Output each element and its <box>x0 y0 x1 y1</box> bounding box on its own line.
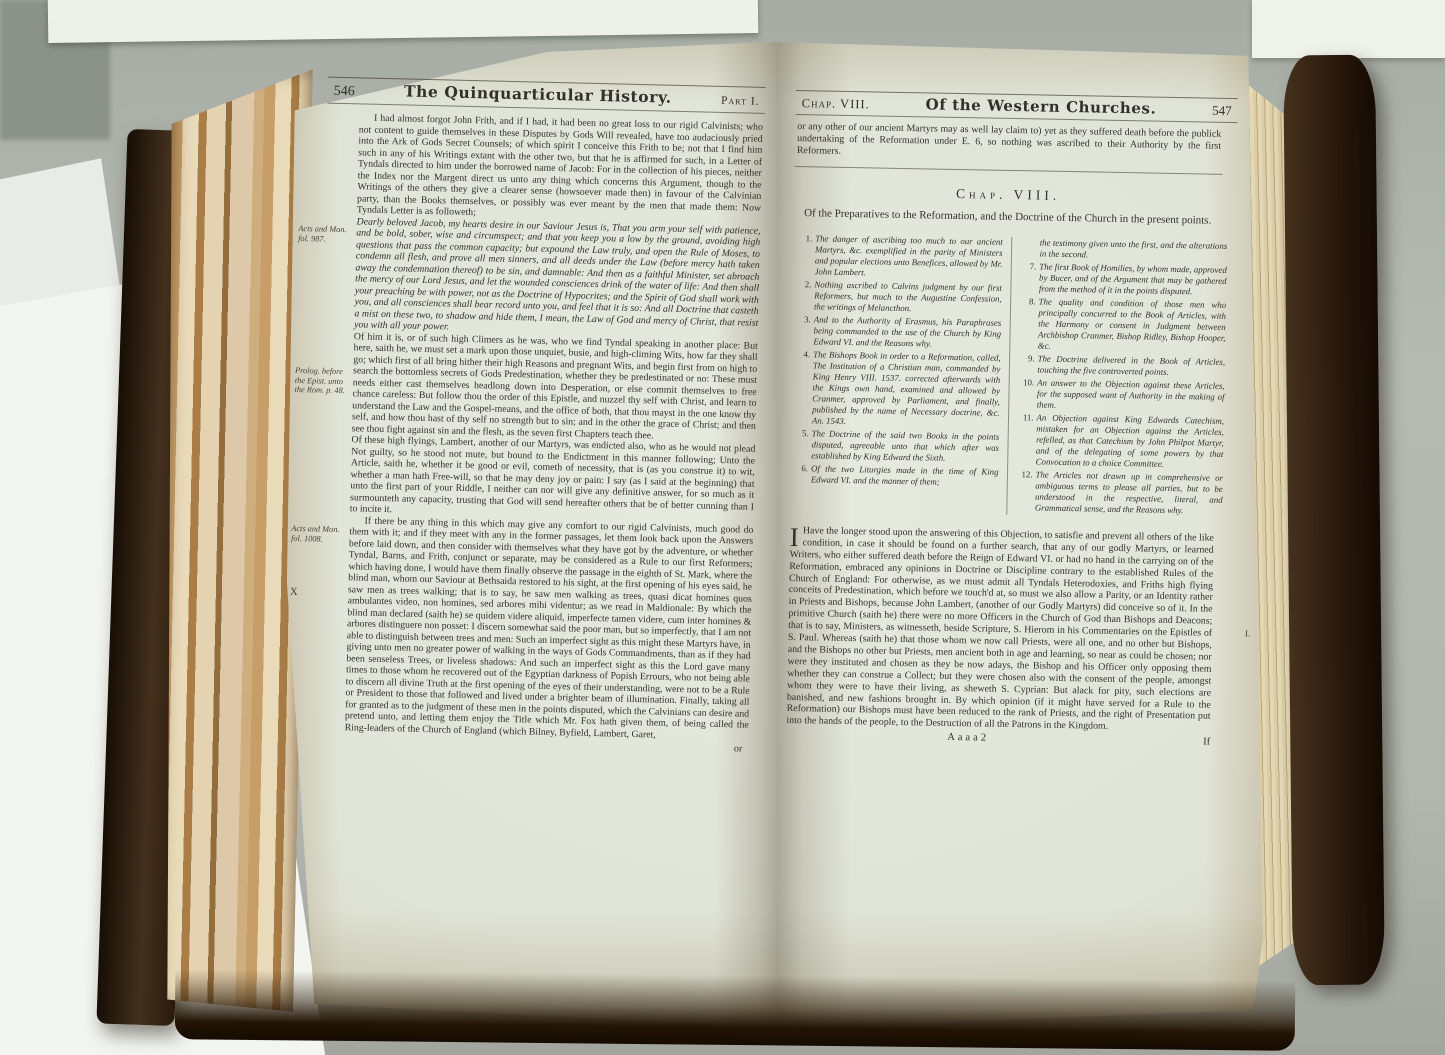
contents-column-right: the testimony given unto the first, and … <box>1006 237 1228 519</box>
paragraph-quoted-letter: Dearly beloved Jacob, my hearts desire i… <box>354 216 761 340</box>
contents-item: 9.The Doctrine delivered in the Book of … <box>1017 353 1225 379</box>
section-rule <box>795 166 1223 175</box>
margin-note: I. <box>1245 628 1250 638</box>
margin-note: Prolog. before the Epist. unto the Rom. … <box>294 366 351 396</box>
contents-item: 8.The quality and condition of those men… <box>1018 296 1226 355</box>
margin-mark: X <box>290 588 346 599</box>
backdrop-white-slat <box>48 0 759 43</box>
chapter-heading: Chap. VIII. <box>794 183 1222 207</box>
right-running-title: Of the Western Churches. <box>925 95 1156 117</box>
contents-item: 11.An Objection against King Edwards Cat… <box>1016 412 1224 471</box>
chapter-contents: 1.The danger of ascribing too much to ou… <box>790 233 1227 519</box>
right-page: Chap. VIII. Of the Western Churches. 547… <box>779 90 1248 1028</box>
left-page-number: 546 <box>333 84 354 100</box>
chapter-subtitle: Of the Preparatives to the Reformation, … <box>804 208 1212 229</box>
contents-item: 2.Nothing ascribed to Calvins judgment b… <box>794 279 1002 316</box>
contents-item-continuation: the testimony given unto the first, and … <box>1019 237 1227 263</box>
margin-note: Acts and Mon. fol. 1008. <box>291 524 347 545</box>
book-photo: 546 The Quinquarticular History. Part I.… <box>0 0 1445 1055</box>
contents-item: 1.The danger of ascribing too much to ou… <box>795 233 1003 281</box>
intro-paragraph: or any other of our ancient Martyrs may … <box>797 121 1222 164</box>
left-running-title: The Quinquarticular History. <box>404 81 672 106</box>
drop-cap: I <box>790 525 803 548</box>
contents-item: 7.The first Book of Homilies, by whom ma… <box>1019 261 1227 298</box>
paragraph: If there be any thing in this which may … <box>345 515 754 743</box>
paragraph: I had almost forgot John Frith, and if I… <box>357 112 763 225</box>
leather-cover-right <box>1283 55 1385 986</box>
right-page-body: IHave the longer stood upon the answerin… <box>786 525 1214 735</box>
catchword: If <box>1150 736 1210 748</box>
paragraph: Have the longer stood upon the answering… <box>786 525 1214 732</box>
left-part-label: Part I. <box>721 95 760 108</box>
right-chapter-header: Chap. VIII. <box>802 96 870 112</box>
contents-item: 3.And to the Authority of Erasmus, his P… <box>793 314 1001 351</box>
contents-item: 6.Of the two Liturgies made in the time … <box>791 463 999 489</box>
contents-item: 12.The Articles not drawn up in comprehe… <box>1015 469 1223 517</box>
contents-column-left: 1.The danger of ascribing too much to ou… <box>790 233 1011 515</box>
left-page-body: I had almost forgot John Frith, and if I… <box>344 112 763 755</box>
paragraph: Of him it is, or of such high Climers as… <box>352 331 758 444</box>
paragraph: Of these high flyings, Lambert, another … <box>350 434 756 524</box>
right-page-number: 547 <box>1212 103 1232 119</box>
contents-item: 4.The Bishops Book in order to a Reforma… <box>792 349 1001 430</box>
contents-item: 5.The Doctrine of the said two Books in … <box>791 428 999 465</box>
margin-note: Acts and Mon. fol. 987. <box>298 224 354 245</box>
backdrop-white-top-right <box>1252 0 1445 58</box>
left-page: 546 The Quinquarticular History. Part I.… <box>280 76 770 1027</box>
contents-item: 10.An answer to the Objection against th… <box>1017 377 1225 414</box>
